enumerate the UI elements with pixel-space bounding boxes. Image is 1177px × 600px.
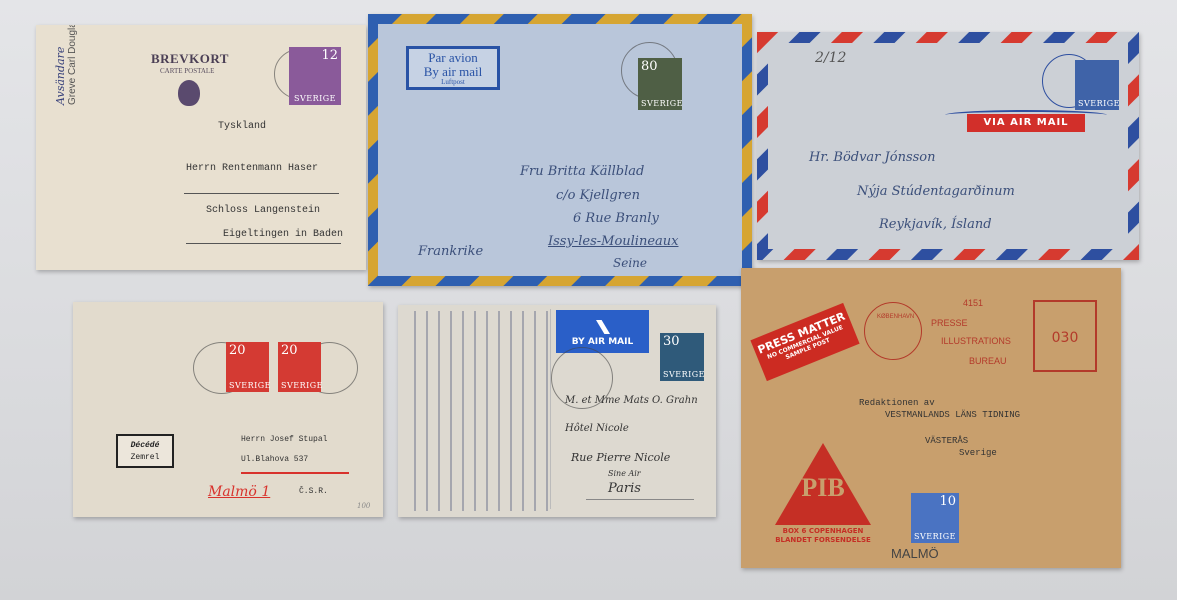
postmark [864,302,922,360]
address-line: Herrn Josef Stupal [241,435,327,444]
address-line: M. et Mme Mats O. Grahn [565,395,698,406]
address-line: Fru Britta Källblad [520,164,644,179]
via-air-mail-envelope: 2/12 SVERIGE VIA AIR MAIL Hr. Bödvar Jón… [757,32,1139,260]
postcard-paris: BY AIR MAIL 30 SVERIGE M. et Mme Mats O.… [398,305,716,517]
address-line: VESTMANLANDS LÄNS TIDNING [885,410,1020,420]
address-line: Schloss Langenstein [206,205,320,216]
address-line: Nýja Stúdentagarðinum [857,184,1015,199]
stamp: 10 SVERIGE [911,493,959,543]
decede-label: Décédé Zemrel [116,434,174,468]
address-line: Rue Pierre Nicole [571,451,670,464]
meter-number: 4151 [963,298,983,308]
corner-note: 100 [357,502,370,510]
address-line: Seine [613,256,647,270]
franking-meter: 030 [1033,300,1097,372]
card-title: BREVKORT [151,51,229,67]
sender-block: Avsändare Greve Carl Douglas [54,25,78,105]
par-avion-envelope: Par avion By air mail Luftpost 80 SVERIG… [368,14,752,286]
handwritten-message [404,311,549,511]
country-note: Frankrike [418,244,483,259]
stamp: 12 SVERIGE [289,47,341,105]
address-line: Paris [608,481,641,496]
via-air-mail-label: VIA AIR MAIL [967,114,1085,132]
address-line: Issy-les-Moulineaux [548,234,678,249]
address-line: Redaktionen av [859,398,935,408]
card-subtitle: CARTE POSTALE [160,67,214,75]
by-air-mail-label: BY AIR MAIL [556,310,649,353]
address-line: Reykjavík, Ísland [879,217,992,232]
brevkort-postcard: BREVKORT CARTE POSTALE 12 SVERIGE Avsänd… [36,25,366,270]
stamp: 80 SVERIGE [638,58,682,110]
address-line: Hr. Bödvar Jónsson [809,150,935,165]
strikethrough-line [241,472,349,474]
par-avion-label: Par avion By air mail Luftpost [406,46,500,90]
stamp: 20 SVERIGE [278,342,321,392]
cancel-mark: MALMÖ [891,546,939,561]
address-line: 6 Rue Branly [573,211,659,226]
address-line: Hôtel Nicole [565,423,629,434]
address-line: c/o Kjellgren [556,188,640,203]
stamp: SVERIGE [1075,60,1119,110]
stamp: 30 SVERIGE [660,333,704,381]
pencil-note: 2/12 [815,50,846,66]
press-matter-envelope: PRESS MATTER NO COMMERCIAL VALUE SAMPLE … [741,268,1121,568]
address-line: VÄSTERÅS [925,436,968,446]
press-matter-label: PRESS MATTER NO COMMERCIAL VALUE SAMPLE … [750,303,859,381]
address-line: Herrn Rentenmann Haser [186,163,318,174]
address-line: Tyskland [218,121,266,132]
crown-crest-icon [178,80,200,106]
decede-envelope: 20 SVERIGE 20 SVERIGE Décédé Zemrel Herr… [73,302,383,517]
red-note: Malmö 1 [208,484,270,500]
address-line: Č.S.R. [299,487,328,496]
address-line: Eigeltingen in Baden [223,229,343,240]
address-line: Sine Air [608,469,641,478]
address-line: Sverige [959,448,997,458]
stamp: 20 SVERIGE [226,342,269,392]
address-line: Ul.Blahova 537 [241,455,308,464]
